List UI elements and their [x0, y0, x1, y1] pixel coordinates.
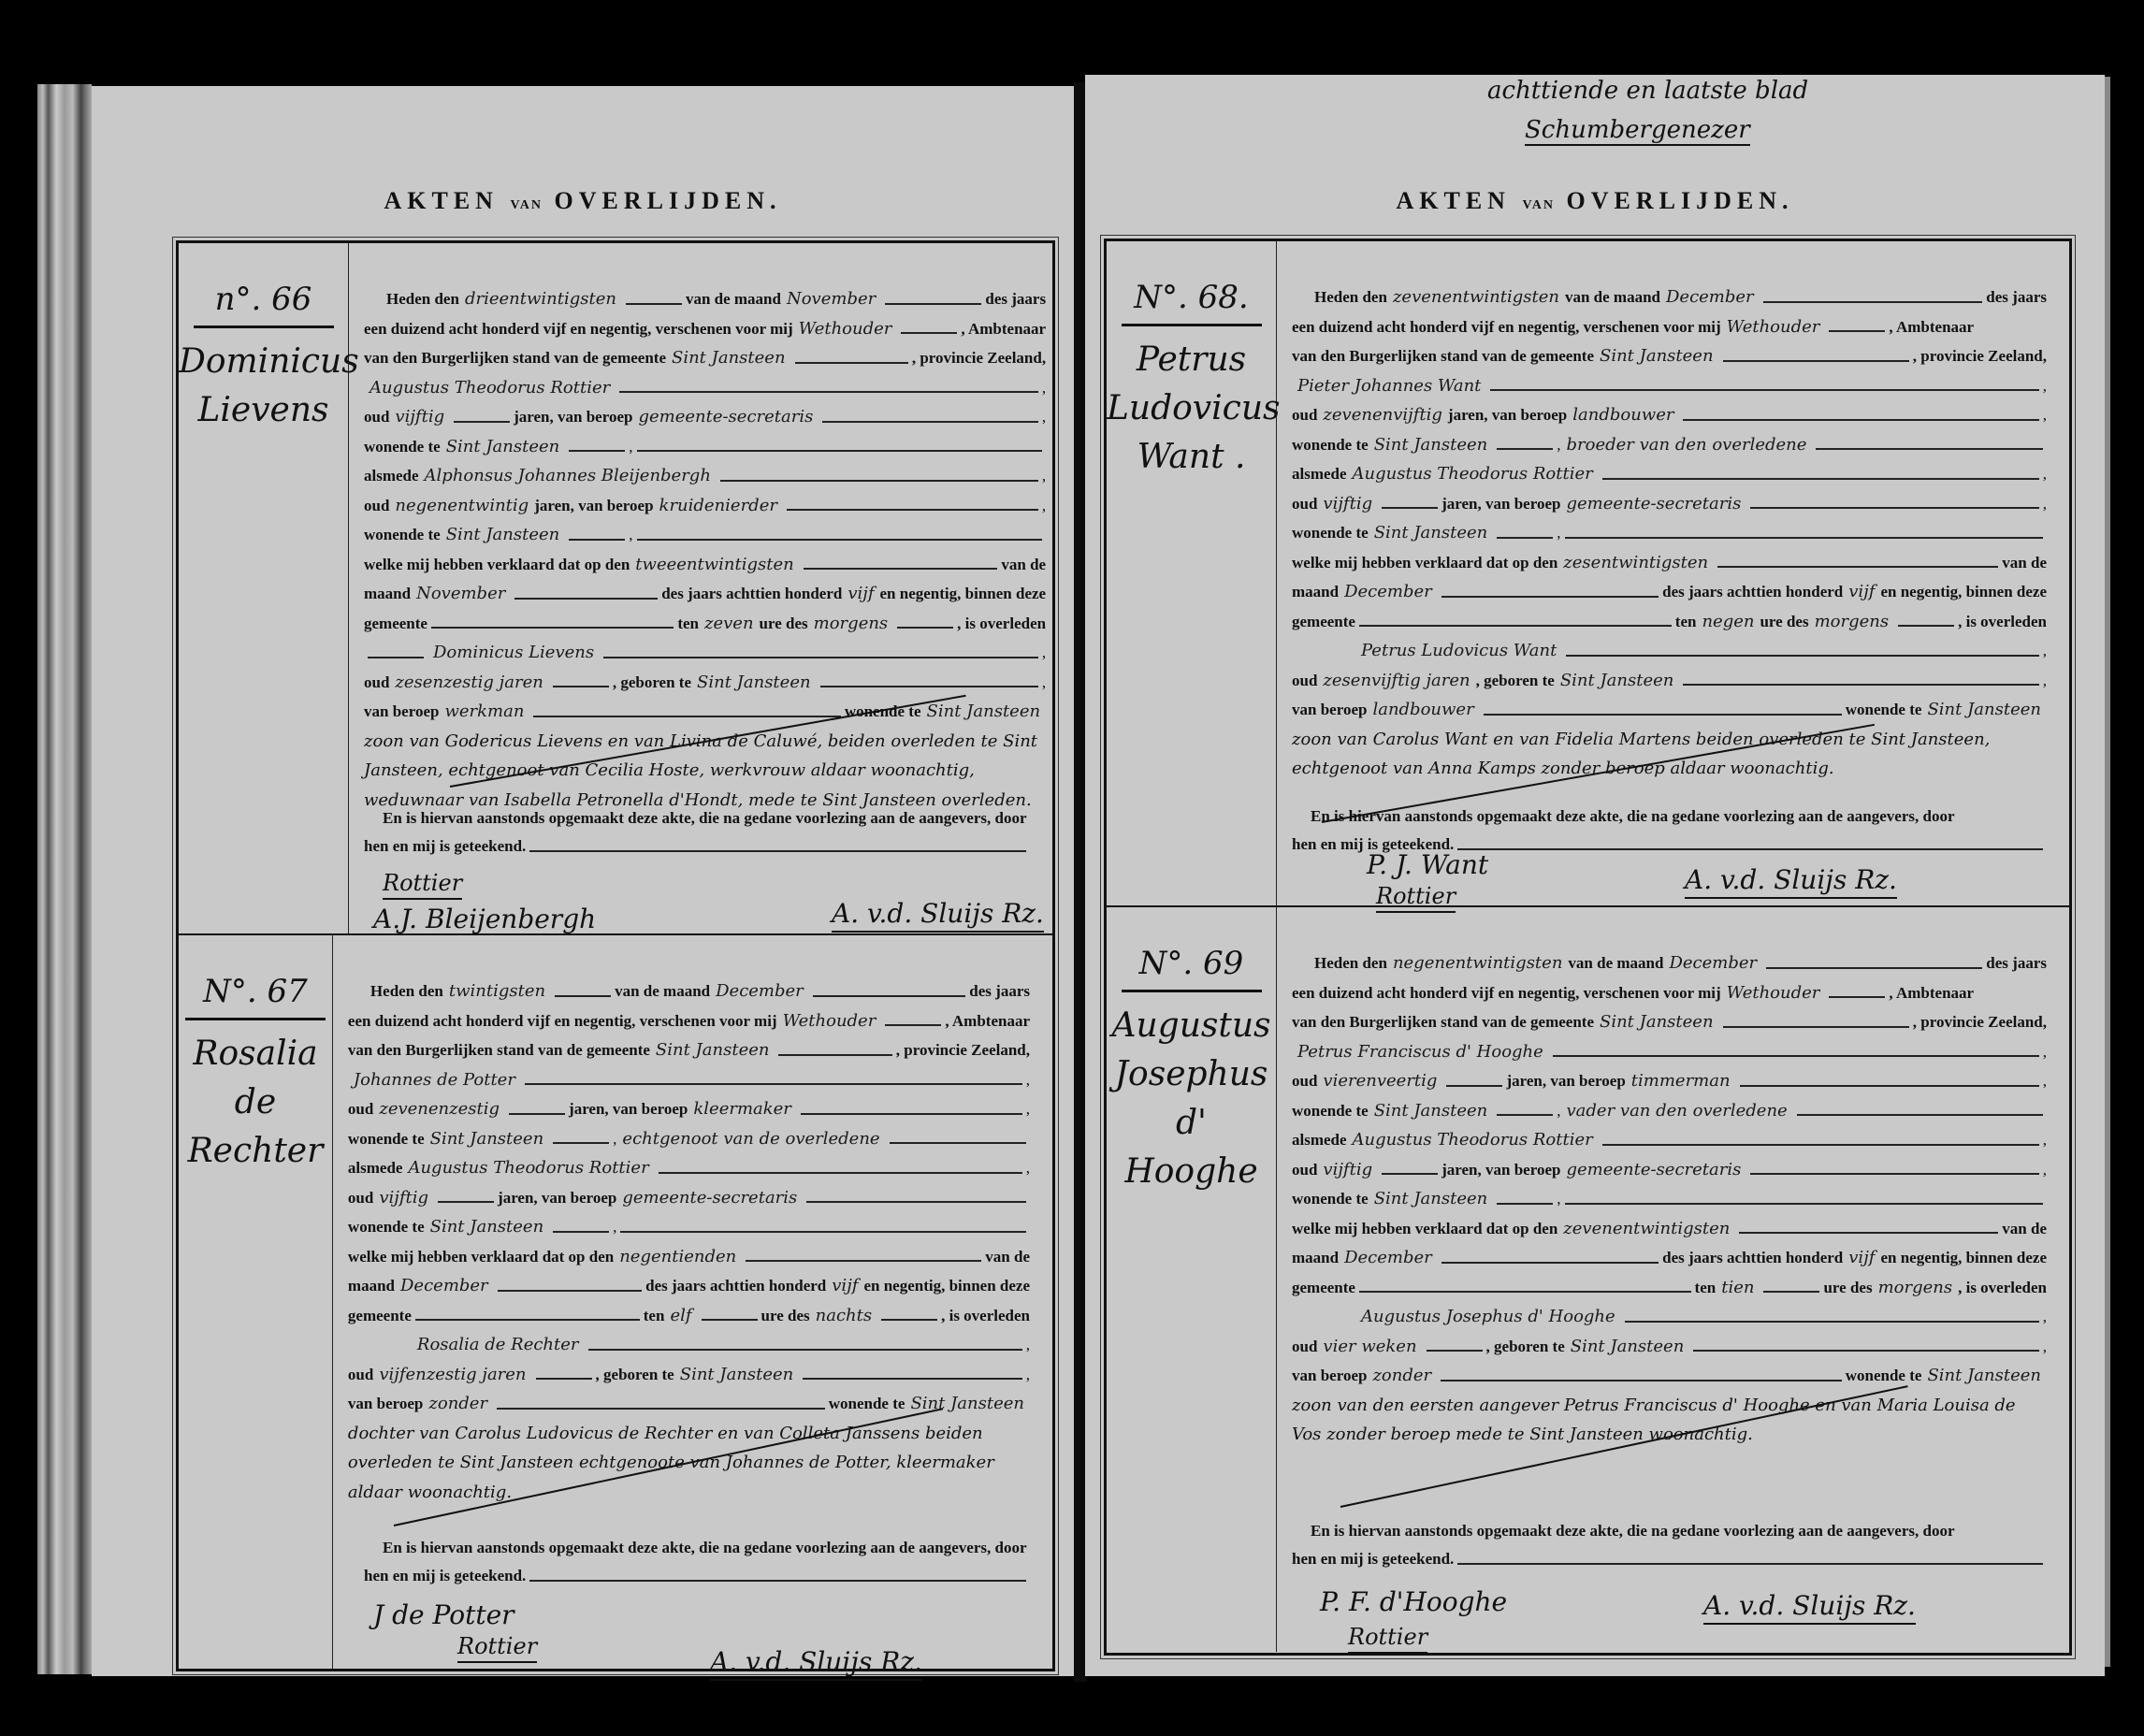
record-number: N°. 67 [179, 973, 332, 1010]
records-frame: n°. 66 Dominicus Lievens Heden dendrieen… [176, 240, 1055, 1671]
record-number: N°. 69 [1107, 945, 1276, 982]
records-frame: N°. 68. Petrus Ludovicus Want . Heden de… [1104, 239, 2072, 1656]
signature: P. J. Want [1367, 849, 1488, 880]
margin-name: d' Hooghe [1107, 1099, 1276, 1196]
left-page: AKTEN VAN OVERLIJDEN. n°. 66 Dominicus L… [92, 86, 1074, 1676]
margin-name: Dominicus [179, 338, 348, 386]
margin-name: Rechter [179, 1127, 332, 1176]
page-title: AKTEN VAN OVERLIJDEN. [1085, 187, 2105, 215]
record-margin: N°. 69 Augustus Josephus d' Hooghe [1107, 907, 1277, 1652]
record-narrative: zoon van Carolus Want en van Fidelia Mar… [1292, 725, 2047, 784]
record-number: N°. 68. [1107, 279, 1276, 316]
record-margin: n°. 66 Dominicus Lievens [179, 243, 349, 933]
signature: A.J. Bleijenbergh [373, 904, 596, 934]
signature: A. v.d. Sluijs Rz. [710, 1646, 922, 1681]
signature: Rottier [1348, 1624, 1427, 1654]
record-margin: N°. 67 Rosalia de Rechter [179, 935, 333, 1669]
page-edge [2105, 77, 2110, 1667]
signature: J de Potter [373, 1599, 514, 1630]
closing-text: En is hiervan aanstonds opgemaakt deze a… [364, 804, 1030, 861]
signature: A. v.d. Sluijs Rz. [1685, 864, 1897, 899]
margin-annotation: achttiende en laatste blad [1487, 77, 1808, 105]
death-record: N°. 67 Rosalia de Rechter Heden dentwint… [179, 935, 1052, 1669]
closing-text: En is hiervan aanstonds opgemaakt deze a… [1292, 1517, 2047, 1573]
deceased-name: Dominicus Lievens [427, 638, 600, 668]
record-number: n°. 66 [179, 281, 348, 318]
right-page: achttiende en laatste blad Schumbergenez… [1085, 75, 2105, 1676]
margin-name: de [179, 1078, 332, 1127]
margin-name: Josephus [1107, 1050, 1276, 1099]
margin-name: Lievens [179, 386, 348, 435]
signature: Rottier [457, 1633, 537, 1663]
margin-name: Want . [1107, 433, 1276, 482]
margin-name: Rosalia [179, 1030, 332, 1078]
record-margin: N°. 68. Petrus Ludovicus Want . [1107, 241, 1277, 905]
deceased-name: Augustus Josephus d' Hooghe [1355, 1302, 1621, 1332]
record-narrative: zoon van Godericus Lievens en van Livina… [364, 727, 1046, 816]
signature: A. v.d. Sluijs Rz. [1703, 1590, 1916, 1625]
closing-text: En is hiervan aanstonds opgemaakt deze a… [364, 1534, 1030, 1590]
signature: Rottier [383, 870, 462, 900]
page-title: AKTEN VAN OVERLIJDEN. [92, 187, 1074, 215]
margin-name: Petrus [1107, 336, 1276, 384]
deceased-name: Petrus Ludovicus Want [1355, 636, 1562, 666]
deceased-name: Rosalia de Rechter [412, 1330, 585, 1360]
margin-annotation-signature: Schumbergenezer [1525, 116, 1750, 146]
signature: A. v.d. Sluijs Rz. [832, 898, 1044, 933]
margin-name: Ludovicus [1107, 384, 1276, 433]
death-record: N°. 68. Petrus Ludovicus Want . Heden de… [1107, 241, 2069, 907]
death-record: N°. 69 Augustus Josephus d' Hooghe Heden… [1107, 907, 2069, 1652]
record-narrative: zoon van den eersten aangever Petrus Fra… [1292, 1391, 2047, 1450]
book-spine [37, 84, 92, 1674]
margin-name: Augustus [1107, 1002, 1276, 1050]
death-record: n°. 66 Dominicus Lievens Heden dendrieen… [179, 243, 1052, 935]
signature: P. F. d'Hooghe [1320, 1586, 1507, 1617]
